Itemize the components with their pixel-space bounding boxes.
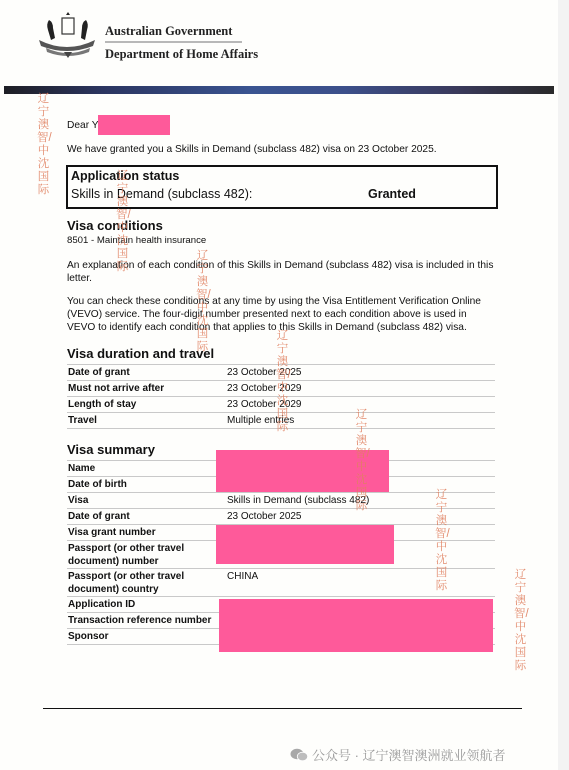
- visa-summary-heading: Visa summary: [67, 442, 155, 457]
- footer-divider: [43, 708, 522, 709]
- wechat-source-label: 公众号 · 辽宁澳智澳洲就业领航者: [290, 745, 506, 764]
- row-label: Passport (or other travel document) numb…: [68, 543, 184, 568]
- header-banner: [4, 86, 554, 94]
- wechat-icon: [290, 748, 308, 762]
- row-label: Must not arrive after: [68, 383, 164, 396]
- wechat-source-text: 公众号 · 辽宁澳智澳洲就业领航者: [312, 748, 506, 763]
- row-value: CHINA: [227, 571, 258, 584]
- row-label: Application ID: [68, 599, 135, 612]
- page-gutter: [558, 0, 569, 770]
- conditions-explanation: An explanation of each condition of this…: [67, 259, 497, 285]
- header-divider: [105, 41, 242, 43]
- table-row: Visa Skills in Demand (subclass 482): [67, 492, 495, 508]
- visa-conditions-heading: Visa conditions: [67, 218, 163, 233]
- watermark-text: 辽宁澳智/中沈国际: [355, 409, 368, 513]
- row-value: Skills in Demand (subclass 482): [227, 495, 369, 508]
- row-value: 23 October 2029: [227, 383, 302, 396]
- watermark-text: 辽宁澳智/中沈国际: [276, 330, 289, 434]
- grant-intro: We have granted you a Skills in Demand (…: [67, 143, 437, 156]
- condition-item: 8501 - Maintain health insurance: [67, 234, 206, 247]
- row-label: Sponsor: [68, 631, 109, 644]
- row-label: Passport (or other travel document) coun…: [68, 571, 184, 596]
- row-label: Transaction reference number: [68, 615, 211, 628]
- row-value: 23 October 2025: [227, 511, 302, 524]
- watermark-text: 辽宁澳智/中沈国际: [37, 93, 50, 197]
- watermark-text: 辽宁澳智/中沈国际: [435, 489, 448, 593]
- watermark-text: 辽宁澳智/中沈国际: [196, 250, 209, 354]
- watermark-text: 辽宁澳智/中沈国际: [116, 170, 129, 274]
- row-label: Travel: [68, 415, 97, 428]
- row-label: Visa grant number: [68, 527, 156, 540]
- redacted-grant-passport: [216, 525, 394, 564]
- application-status-box: Application status Skills in Demand (sub…: [66, 165, 498, 209]
- redacted-application-sponsor: [219, 599, 493, 652]
- government-title: Australian Government: [105, 24, 232, 39]
- table-row: Date of grant 23 October 2025: [67, 508, 495, 524]
- row-label: Date of birth: [68, 479, 127, 492]
- application-status-label: Skills in Demand (subclass 482):: [71, 187, 252, 201]
- row-label: Date of grant: [68, 511, 130, 524]
- visa-duration-heading: Visa duration and travel: [67, 346, 214, 361]
- coat-of-arms-icon: [34, 10, 100, 60]
- vevo-note: You can check these conditions at any ti…: [67, 295, 497, 334]
- table-row: Passport (or other travel document) coun…: [67, 568, 495, 596]
- row-value: 23 October 2029: [227, 399, 302, 412]
- row-label: Name: [68, 463, 95, 476]
- salutation: Dear Y: [67, 119, 99, 132]
- letter-page: Australian Government Department of Home…: [0, 0, 558, 770]
- department-title: Department of Home Affairs: [105, 47, 258, 62]
- row-label: Date of grant: [68, 367, 130, 380]
- redacted-name: [98, 115, 170, 135]
- row-label: Visa: [68, 495, 88, 508]
- watermark-text: 辽宁澳智/中沈国际: [514, 569, 527, 673]
- row-label: Length of stay: [68, 399, 136, 412]
- application-status-value: Granted: [368, 187, 416, 201]
